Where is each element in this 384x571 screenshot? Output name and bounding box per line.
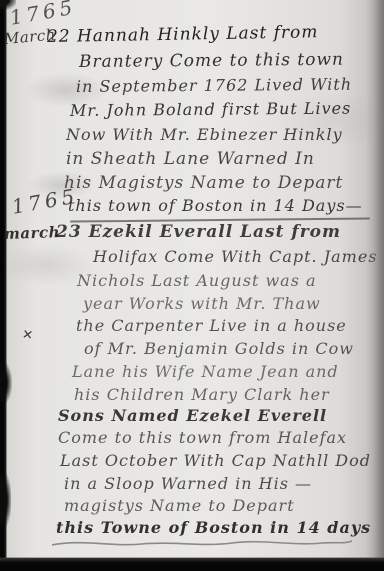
manuscript-line: Nichols Last August was a	[77, 273, 317, 289]
edge-stain	[0, 0, 16, 10]
manuscript-line: in a Sloop Warned in His —	[64, 476, 312, 492]
manuscript-line: in September 1762 Lived With	[76, 77, 352, 95]
edge-stain	[0, 470, 11, 530]
manuscript-line: this town of Boston in 14 Days—	[68, 198, 363, 214]
manuscript-line: Now With Mr. Ebinezer Hinkly	[66, 127, 343, 143]
manuscript-line: Brantery Come to this town	[79, 52, 344, 71]
manuscript-line: 22 Hannah Hinkly Last from	[47, 24, 319, 46]
edge-stain	[0, 360, 12, 406]
manuscript-line: Lane his Wife Name Jean and	[72, 364, 339, 380]
manuscript-photo: 1765 March 22 Hannah Hinkly Last from Br…	[0, 0, 384, 571]
manuscript-line: year Works with Mr. Thaw	[83, 296, 321, 312]
manuscript-line: Last October With Cap Nathll Dod	[60, 453, 371, 469]
manuscript-line: this Towne of Boston in 14 days	[56, 520, 371, 536]
manuscript-line: Sons Named Ezekel Everell	[58, 408, 327, 424]
manuscript-line: 23 Ezekil Everall Last from	[56, 224, 341, 241]
margin-cross-mark: ✕	[21, 327, 34, 343]
manuscript-line: the Carpenter Live in a house	[76, 318, 347, 334]
manuscript-line: Mr. John Boland first But Lives	[70, 101, 351, 119]
manuscript-line: Come to this town from Halefax	[58, 430, 347, 446]
manuscript-line: his Magistys Name to Depart	[64, 175, 343, 192]
manuscript-line: Holifax Come With Capt. James	[93, 249, 378, 265]
photo-edge-right	[366, 0, 384, 571]
manuscript-line: of Mr. Benjamin Golds in Cow	[84, 341, 354, 357]
manuscript-line: in Sheath Lane Warned In	[66, 151, 315, 168]
manuscript-line: his Children Mary Clark her	[74, 387, 330, 403]
entry2-month-label: march	[4, 225, 61, 242]
manuscript-line: magistys Name to Depart	[64, 498, 295, 514]
photo-edge-bottom	[0, 557, 384, 571]
wavy-underline	[52, 536, 352, 550]
